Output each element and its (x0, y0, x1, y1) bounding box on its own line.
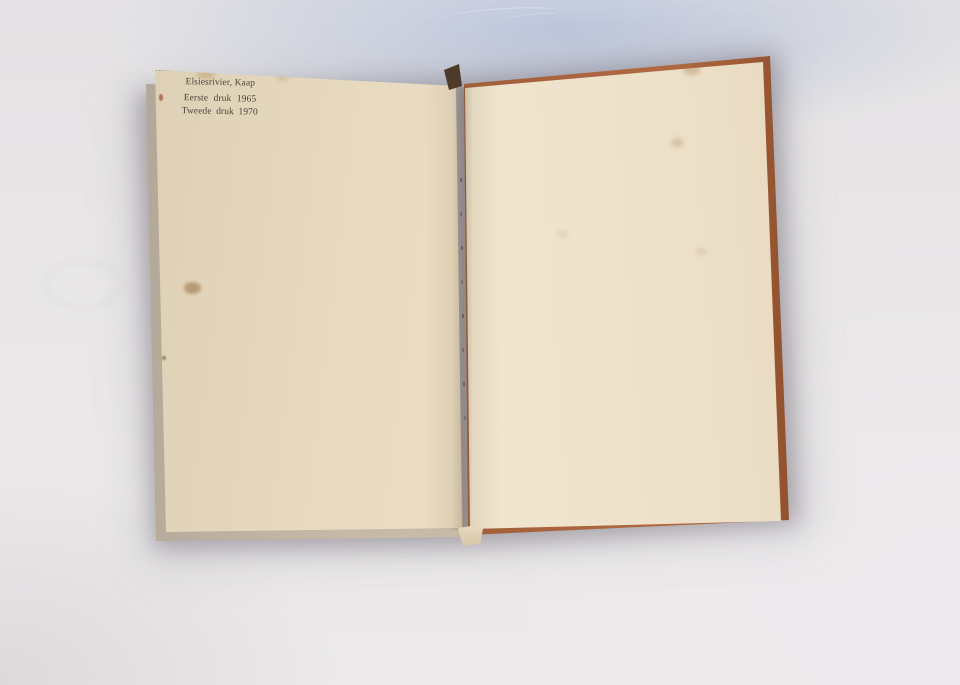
foxing-spot (184, 282, 201, 294)
binding-stitch (463, 382, 465, 386)
foxing-spot (557, 230, 569, 238)
binding-stitch (461, 280, 463, 284)
desk-surface: Geset en gedruk deur Nasionale Handelsdr… (0, 0, 960, 685)
desk-smudge-mark (44, 260, 122, 308)
binding-stitch (462, 348, 464, 352)
foxing-spot (162, 356, 166, 360)
gutter-shadow (425, 68, 500, 534)
binding-stitch (460, 178, 462, 182)
binding-stitch (461, 246, 463, 250)
binding-stitch (462, 314, 464, 318)
foxing-spot (671, 138, 684, 147)
foxing-spot (696, 248, 707, 255)
open-book: Geset en gedruk deur Nasionale Handelsdr… (130, 50, 820, 580)
binding-stitch (464, 416, 466, 420)
binding-stitch (460, 212, 462, 216)
